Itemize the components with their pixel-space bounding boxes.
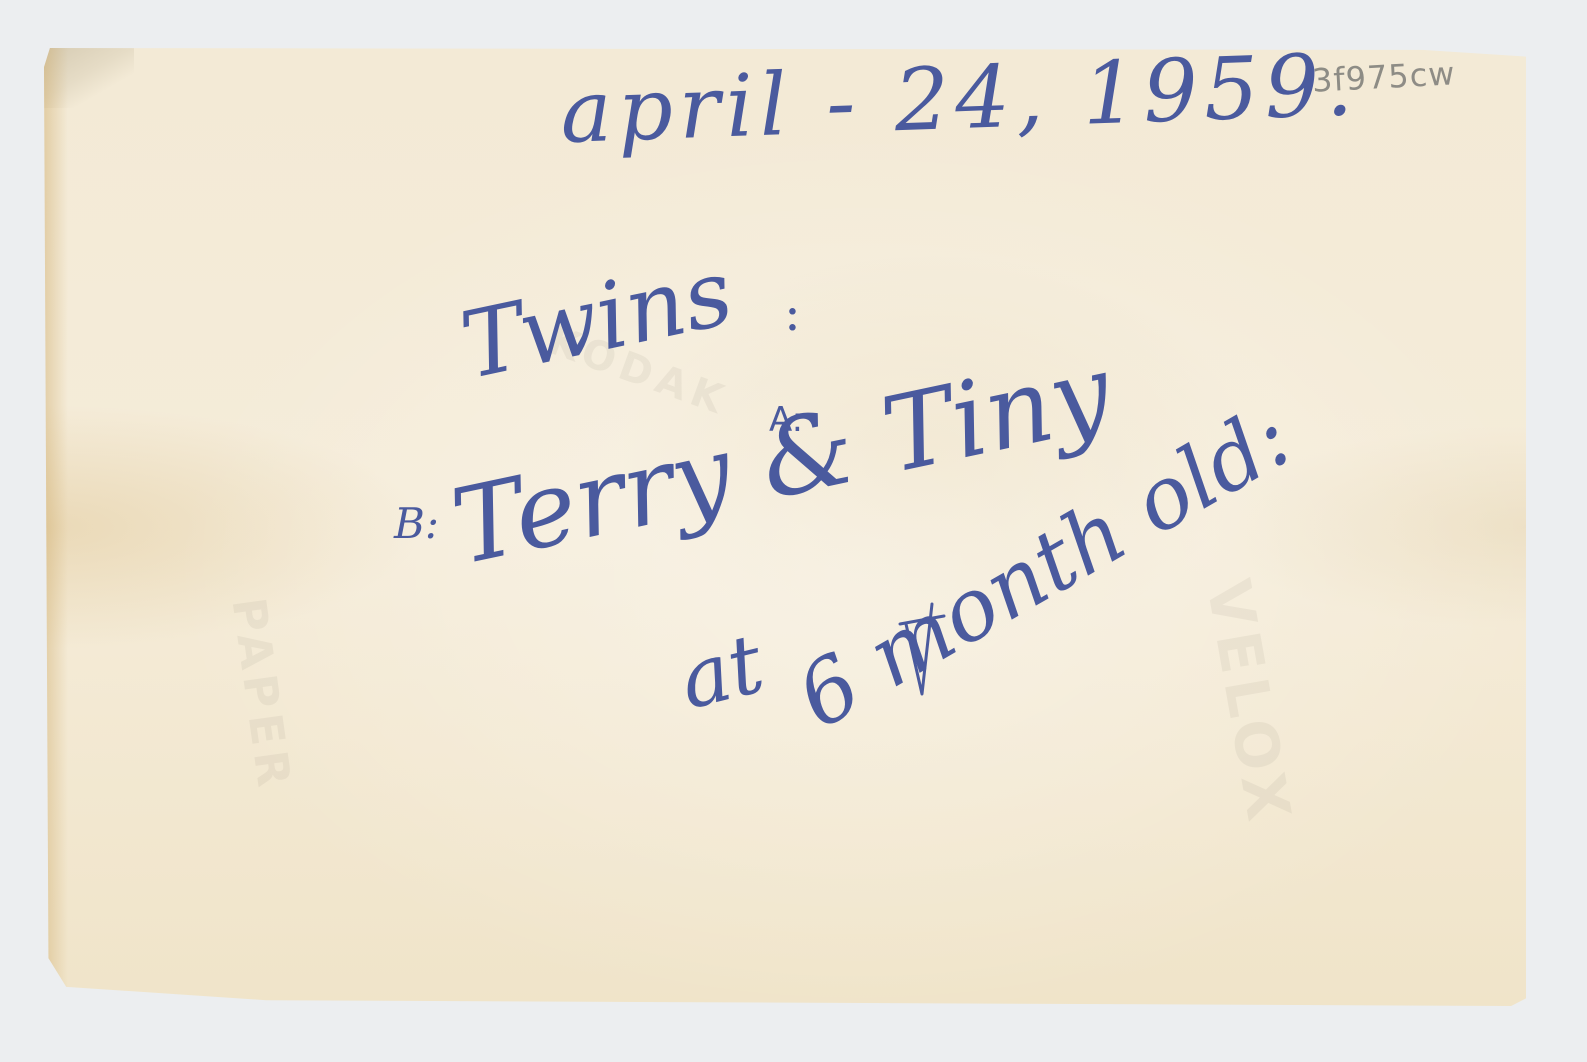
backprint-watermark: PAPER [221,594,302,795]
backprint-watermark: VELOX [1192,574,1304,831]
pencil-catalog-number: 3f975cw [1311,54,1456,99]
handwritten-colon: : [784,288,801,338]
photo-back-card: VELOX KODAK PAPER april - 24, 1959. 3f97… [44,48,1526,1006]
position-label-b: B: [394,503,439,545]
handwritten-heading: Twins [454,246,740,393]
handwritten-date: april - 24, 1959. [559,42,1360,156]
handwritten-at: at [672,623,771,722]
edge-stain [44,48,68,1006]
